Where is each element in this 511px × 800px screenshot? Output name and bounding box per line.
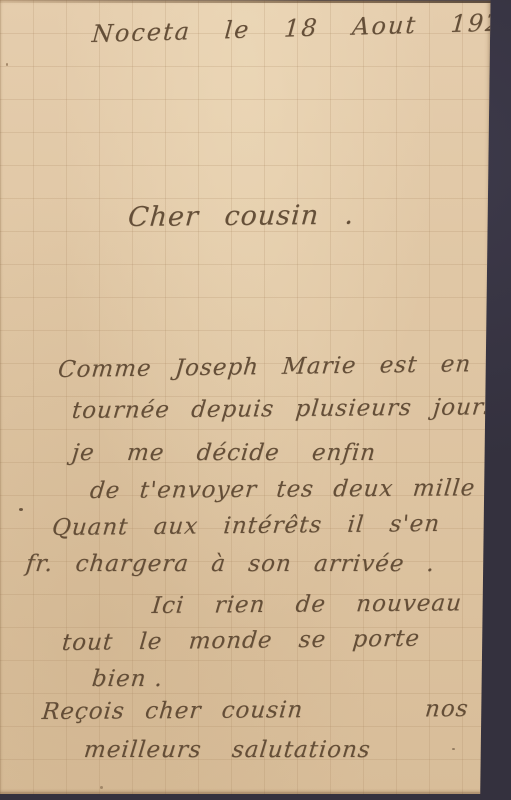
ink-speck [452,748,455,750]
letter-line: Quant aux intérêts il s'en [51,511,442,541]
letter-line: bien . [91,666,165,692]
letter-line: je me décide enfin [71,440,378,466]
paper-top-edge [0,0,492,3]
letter-line-with-margin-mark: fr. chargera à son arrivée . [25,551,437,577]
dateline: Noceta le 18 Aout 1922 [91,8,511,48]
letter-line: Comme Joseph Marie est en [57,351,473,383]
letter-line: Ici rien de nouveau [151,590,463,619]
letter-line: tournée depuis plusieurs jours [71,394,498,424]
letter-line: tout le monde se porte [61,626,421,656]
ink-speck [19,508,23,511]
letter-page: Noceta le 18 Aout 1922 Cher cousin . Com… [0,0,492,794]
salutation: Cher cousin . [127,200,356,233]
ink-speck [6,63,8,66]
ink-speck [100,786,103,789]
letter-line: Reçois cher cousin nos [41,696,470,725]
letter-line: meilleurs salutations [83,737,372,763]
scan-background: Noceta le 18 Aout 1922 Cher cousin . Com… [0,0,511,800]
letter-line: de t'envoyer tes deux mille fr. [89,475,511,504]
